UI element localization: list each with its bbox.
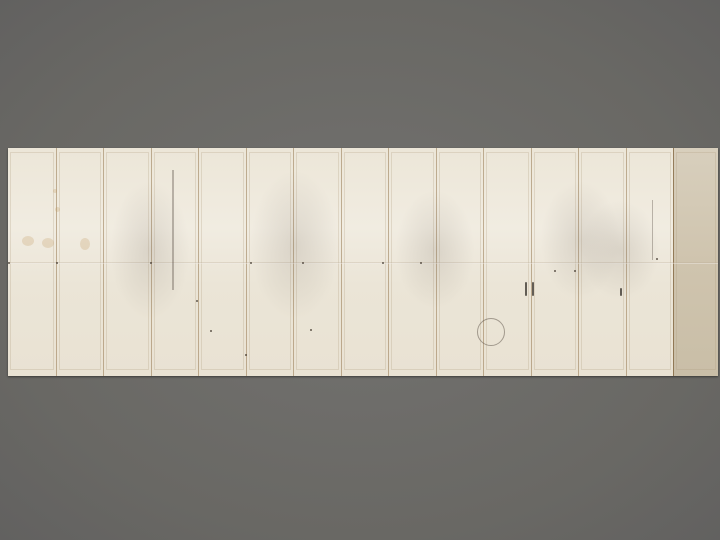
map-drawing bbox=[110, 180, 190, 320]
ink-speck bbox=[150, 262, 152, 264]
circular-seal-stamp bbox=[477, 318, 505, 346]
vertical-text-column bbox=[172, 170, 174, 290]
panel-border bbox=[59, 152, 101, 370]
ink-speck bbox=[196, 300, 198, 302]
ink-speck bbox=[210, 330, 212, 332]
ink-speck bbox=[382, 262, 384, 264]
map-drawing bbox=[250, 170, 340, 320]
water-stain bbox=[42, 238, 54, 248]
map-drawing bbox=[395, 190, 475, 310]
ink-mark bbox=[620, 288, 622, 296]
water-stain bbox=[22, 236, 34, 246]
ink-speck bbox=[56, 262, 58, 264]
map-drawing bbox=[580, 200, 660, 300]
rust-spot bbox=[55, 207, 60, 212]
panel-border bbox=[344, 152, 386, 370]
ink-speck bbox=[245, 354, 247, 356]
vertical-text-column bbox=[652, 200, 653, 260]
folded-map-sheet bbox=[8, 148, 718, 376]
rust-spot bbox=[53, 189, 57, 193]
ink-speck bbox=[302, 262, 304, 264]
ink-mark bbox=[525, 282, 527, 296]
ink-speck bbox=[310, 329, 312, 331]
panel-border bbox=[201, 152, 244, 370]
panel-border bbox=[10, 152, 54, 370]
ink-speck bbox=[250, 262, 252, 264]
ink-speck bbox=[554, 270, 556, 272]
panel-border bbox=[676, 152, 716, 370]
water-stain bbox=[80, 238, 90, 250]
ink-speck bbox=[656, 258, 658, 260]
ink-speck bbox=[8, 262, 10, 264]
ink-speck bbox=[574, 270, 576, 272]
ink-mark bbox=[532, 282, 534, 296]
ink-speck bbox=[420, 262, 422, 264]
